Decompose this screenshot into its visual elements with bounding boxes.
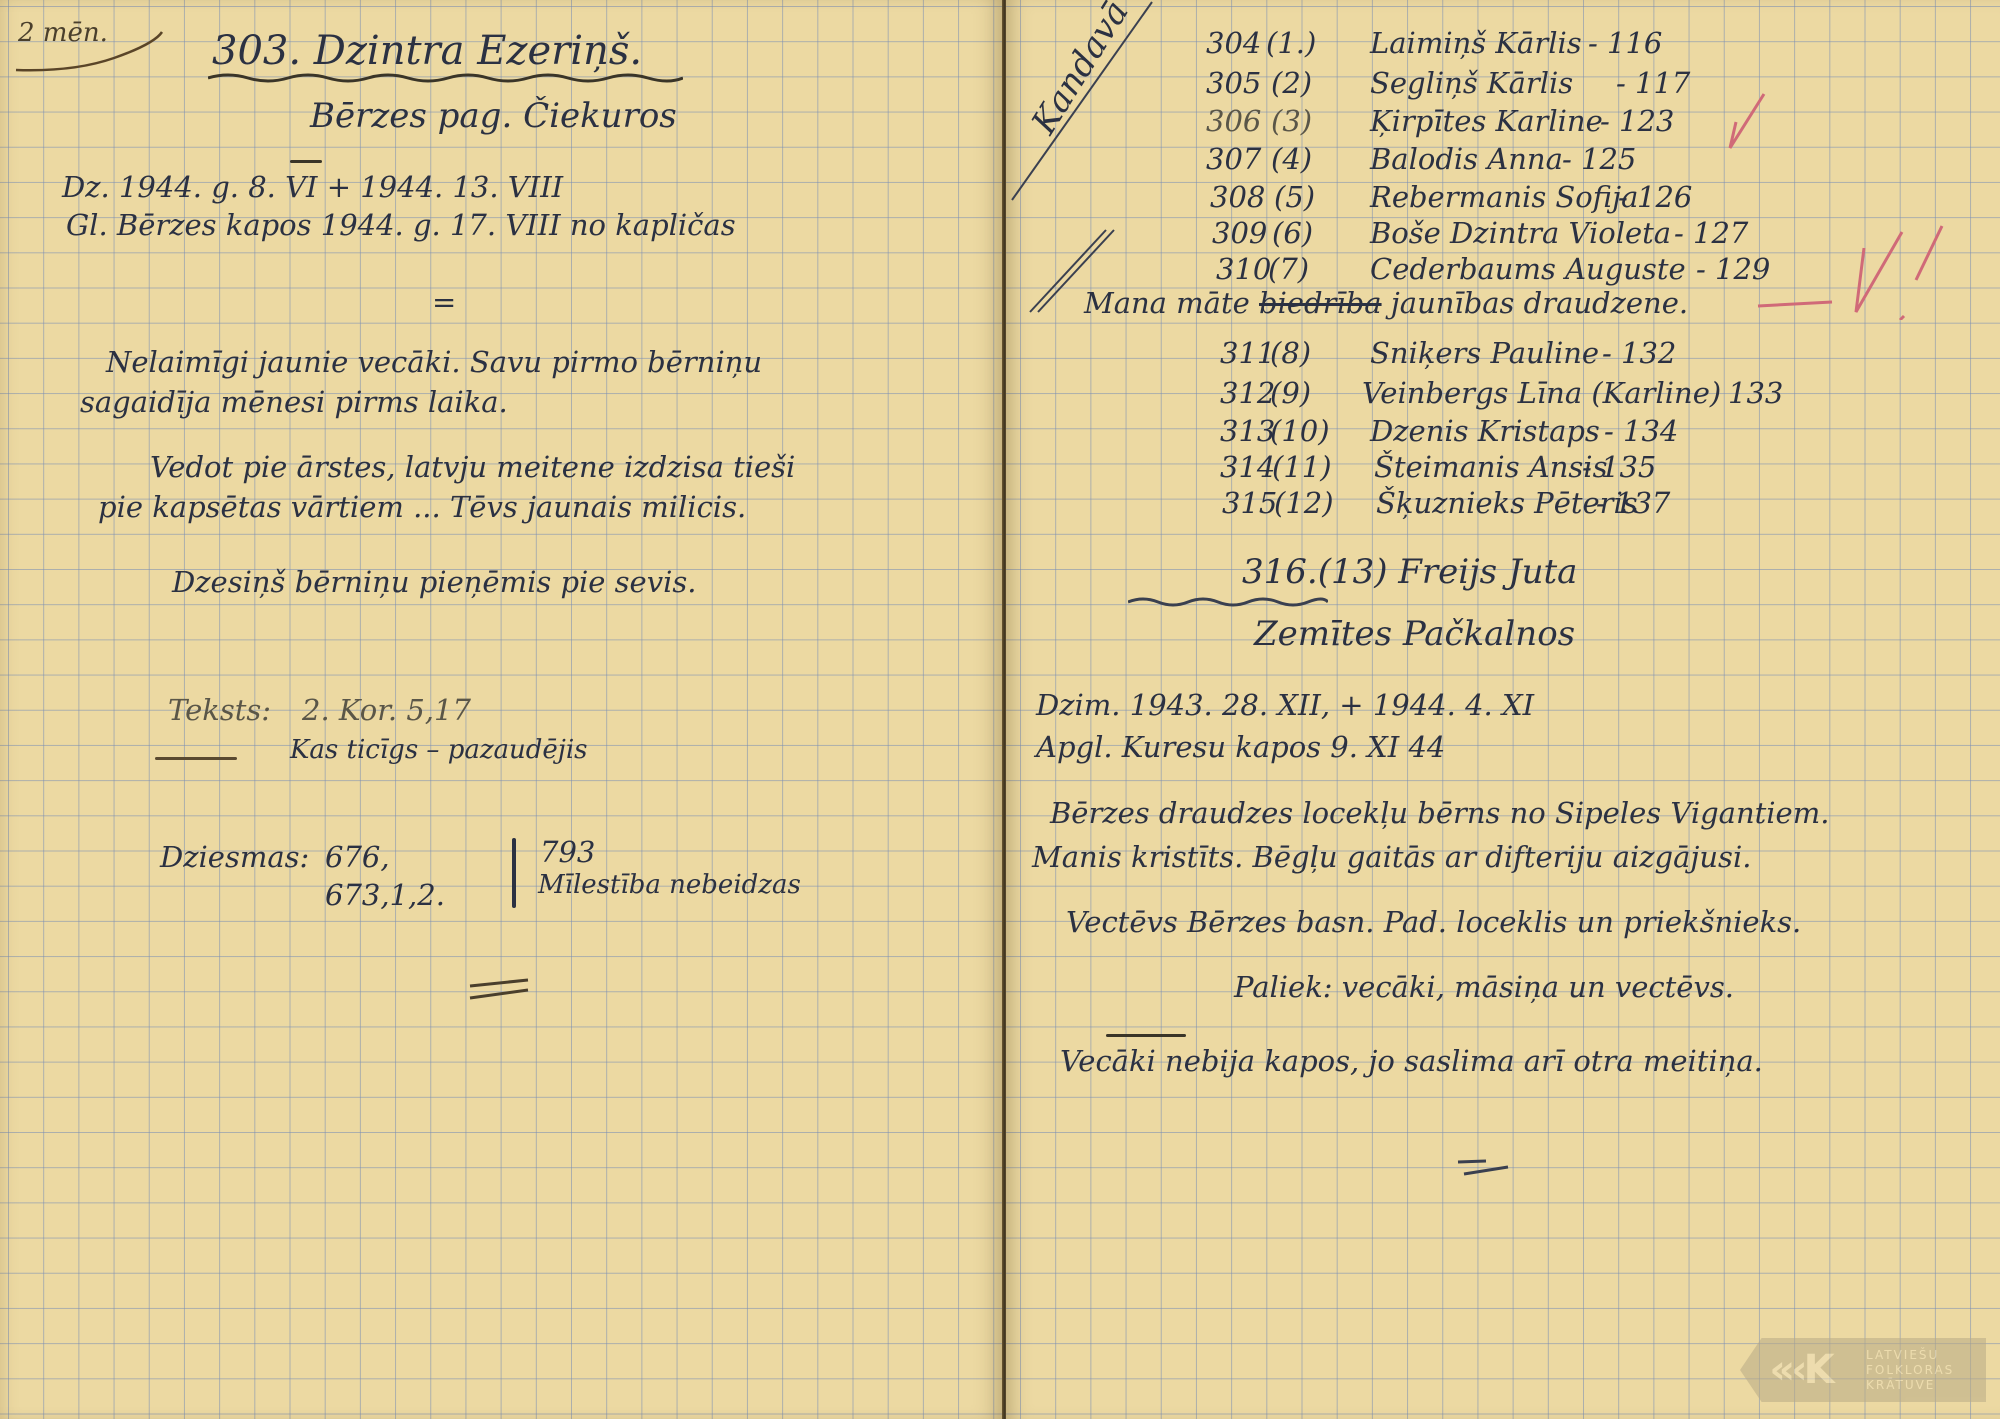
list-row-num: 311 (1220, 336, 1275, 370)
list-row-num: 314 (1220, 450, 1275, 484)
list-row-num: 304 (1206, 26, 1261, 60)
note-prefix: Mana māte (1084, 286, 1250, 320)
list-row-name: Veinbergs Līna (Karline) (1362, 376, 1721, 410)
title-underline (1128, 596, 1328, 608)
list-row-num: 313 (1220, 414, 1275, 448)
list-row-idx: (4) (1271, 142, 1312, 176)
list-row-ref: - 116 (1588, 26, 1662, 60)
list-row-idx: (9) (1270, 376, 1311, 410)
text-label: Teksts: (168, 693, 271, 727)
location-316: Zemītes Pačkalnos (1254, 614, 1575, 654)
list-row-name: Cederbaums Auguste (1370, 252, 1686, 286)
list-row-num: 307 (1206, 142, 1261, 176)
song-extra-text: Mīlestība nebeidzas (538, 870, 801, 900)
red-check-marks (1706, 80, 1986, 320)
list-row-num: 315 (1222, 486, 1277, 520)
title-underline (208, 72, 683, 84)
list-row-name: Šteimanis Ansis (1374, 450, 1607, 484)
list-row-num: 305 (1206, 66, 1261, 100)
separator-2 (468, 978, 534, 1000)
list-row-idx: (8) (1270, 336, 1311, 370)
list-row-idx: (6) (1272, 216, 1313, 250)
list-row-name: Rebermanis Sofija (1370, 180, 1638, 214)
text-reference: 2. Kor. 5,17 (302, 693, 471, 727)
location-303: Bērzes pag. Čiekuros (310, 96, 677, 136)
paragraph-line: Bērzes draudzes locekļu bērns no Sipeles… (1050, 796, 1829, 830)
list-row-idx: (12) (1274, 486, 1334, 520)
list-row-ref: - 123 (1600, 104, 1674, 138)
entry-title-316: 316.(13) Freijs Juta (1242, 552, 1577, 592)
list-row-ref: - 137 (1596, 486, 1670, 520)
paragraph-line: Paliek: vecāki, māsiņa un vectēvs. (1234, 970, 1734, 1004)
entry-title-303: 303. Dzintra Ezeriņš. (212, 28, 642, 74)
logo-line: KRĀTUVE (1866, 1378, 1986, 1393)
list-row-ref: - 134 (1604, 414, 1678, 448)
song-extra-number: 793 (540, 835, 595, 869)
list-row-num: 312 (1220, 376, 1275, 410)
burial-line: Apgl. Kuresu kapos 9. XI 44 (1036, 730, 1445, 764)
overline-mark (290, 160, 322, 163)
paragraph-line: Manis kristīts. Bēgļu gaitās ar difterij… (1032, 840, 1751, 874)
list-row-idx: (11) (1272, 450, 1332, 484)
list-row-name: Laimiņš Kārlis (1370, 26, 1582, 60)
birth-death-line: Dzim. 1943. 28. XII, + 1944. 4. XI (1036, 688, 1534, 722)
archive-logo-icon: «‹K (1740, 1338, 1860, 1402)
list-row-idx: (3) (1271, 104, 1312, 138)
list-row-ref: - 125 (1562, 142, 1636, 176)
corner-note-swash (14, 30, 164, 75)
note-suffix: jaunības draudzene. (1391, 286, 1688, 320)
paragraph-line: Vecāki nebija kapos, jo saslima arī otra… (1060, 1044, 1763, 1078)
folklore-archive-watermark: «‹K LATVIEŠU FOLKLORAS KRĀTUVE (1740, 1338, 2000, 1402)
paragraph-line: pie kapsētas vārtiem ... Tēvs jaunais mi… (98, 490, 746, 524)
paragraph-line: Nelaimīgi jaunie vecāki. Savu pirmo bērn… (106, 345, 762, 379)
list-row-ref: - 117 (1616, 66, 1690, 100)
list-row-name: Segliņš Kārlis (1370, 66, 1573, 100)
note-line: Mana māte biedrība jaunības draudzene. (1084, 286, 1688, 320)
separator-1: = (432, 285, 456, 319)
list-row-num: 308 (1210, 180, 1265, 214)
overline-mark (1106, 1034, 1186, 1037)
birth-death-line: Dz. 1944. g. 8. VI + 1944. 13. VIII (62, 170, 563, 204)
list-row-idx: (5) (1274, 180, 1315, 214)
list-row-idx: (7) (1268, 252, 1309, 286)
list-row-idx: (1.) (1266, 26, 1316, 60)
list-row-name: Balodis Anna (1370, 142, 1563, 176)
list-row-ref: - 126 (1618, 180, 1692, 214)
list-row-name: Ķirpītes Karline (1370, 104, 1603, 138)
list-row-num: 310 (1216, 252, 1271, 286)
list-row-idx: (10) (1270, 414, 1330, 448)
list-row-name: Dzenis Kristaps (1370, 414, 1600, 448)
logo-line: LATVIEŠU (1866, 1348, 1986, 1363)
list-row-ref: 133 (1728, 376, 1783, 410)
logo-line: FOLKLORAS (1866, 1363, 1986, 1378)
note-struck-word: biedrība (1259, 286, 1382, 320)
list-row-name: Boše Dzintra Violeta (1370, 216, 1671, 250)
list-row-num: 309 (1212, 216, 1267, 250)
archive-logo-text: LATVIEŠU FOLKLORAS KRĀTUVE (1860, 1338, 1986, 1402)
list-row-num: 306 (1206, 104, 1261, 138)
paragraph-line: Vedot pie ārstes, latvju meitene izdzisa… (150, 450, 795, 484)
left-notebook-page: 2 mēn. 303. Dzintra Ezeriņš. Bērzes pag.… (0, 0, 1003, 1419)
burial-line: Gl. Bērzes kapos 1944. g. 17. VIII no ka… (66, 208, 736, 242)
paragraph-line: Dzesiņš bērniņu pieņēmis pie sevis. (172, 565, 696, 599)
text-underline (155, 757, 237, 760)
paragraph-line: sagaidīja mēnesi pirms laika. (80, 385, 508, 419)
right-notebook-page: Kandavā 304 (1.) Laimiņš Kārlis - 116 30… (1006, 0, 2000, 1419)
text-quote: Kas ticīgs – pazaudējis (290, 735, 588, 765)
list-row-ref: - 132 (1602, 336, 1676, 370)
separator (1456, 1158, 1512, 1178)
song-number: 676, (325, 840, 390, 874)
list-row-ref: - 135 (1582, 450, 1656, 484)
songs-label: Dziesmas: (160, 840, 309, 874)
list-row-name: Sniķers Pauline (1370, 336, 1599, 370)
paragraph-line: Vectēvs Bērzes basn. Pad. loceklis un pr… (1066, 905, 1801, 939)
song-divider (512, 838, 516, 908)
list-row-idx: (2) (1271, 66, 1312, 100)
song-number: 673,1,2. (325, 878, 445, 912)
